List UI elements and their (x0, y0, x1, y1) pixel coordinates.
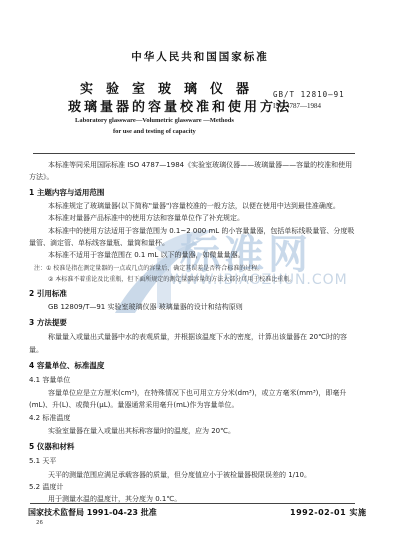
section-1-para1: 本标准规定了玻璃量器(以下简称"量器")容量校准的一般方法，以便在使用中达到最佳… (48, 201, 340, 211)
section-1-para3b: 量管、滴定管、单标线容量瓶、量筒和量杯。 (29, 238, 169, 248)
section-5-2-heading: 5.2 温度计 (29, 482, 63, 492)
section-3-para1a: 称量量入或量出式量器中水的表观质量，并根据该温度下水的密度，计算出该量器在 20… (48, 332, 347, 342)
section-2-heading: 2 引用标准 (29, 288, 67, 299)
section-4-1-heading: 4.1 容量单位 (29, 375, 70, 385)
implementation-date: 1992-02-01 实施 (290, 507, 366, 518)
english-title-line1: Laboratory glassware—Volumetric glasswar… (75, 117, 234, 124)
section-3-heading: 3 方法提要 (29, 317, 67, 328)
section-1-note2: ② 本标准不着重论及比重瓶，但下面所规定的测定量器容量的方法大部分可用于校准比重… (48, 274, 295, 283)
section-4-2-para1: 实验室量器在量入或量出其标称容量时的温度，应为 20℃。 (48, 426, 235, 436)
english-title-line2: for use and testing of capacity (113, 128, 196, 135)
section-5-1-para1: 天平的测量范围应满足承载容器的质量，但分度值应小于被检量器极限误差的 1/10。 (48, 470, 311, 480)
footer-divider (30, 503, 355, 504)
section-1-heading: 1 主题内容与适用范围 (29, 187, 104, 198)
section-1-para4: 本标准不适用于容量范围在 0.1 mL 以下的量器，如微量量器。 (48, 250, 245, 260)
section-5-1-heading: 5.1 天平 (29, 456, 56, 466)
section-1-note1: 注：① 校准是指在测定量器的一点或几点的容量后，确定其误差是否符合标准的过程。 (34, 263, 263, 272)
section-2-reference: GB 12809/T—91 实验室玻璃仪器 玻璃量器的设计和结构原则 (48, 302, 243, 312)
document-title-line2: 玻璃量器的容量校准和使用方法 (68, 96, 292, 115)
intro-line1: 本标准等同采用国际标准 ISO 4787—1984《实验室玻璃仪器——玻璃量器—… (48, 160, 352, 170)
section-4-heading: 4 容量单位、标准温度 (29, 360, 104, 371)
section-4-1-para1b: (mL)、升(L)、或微升(μL)。量器通常采用毫升(mL)作为容量单位。 (29, 400, 239, 410)
section-4-2-heading: 4.2 标准温度 (29, 413, 70, 423)
section-4-1-para1a: 容量单位应是立方厘米(cm³)，在特殊情况下也可用立方分米(dm³)，或立方毫米… (48, 388, 346, 398)
page-number: 26 (36, 520, 43, 526)
intro-line2: 方法》。 (29, 172, 54, 182)
header-divider (33, 153, 355, 154)
iso-code: ISO 4787—1984 (273, 102, 321, 110)
section-5-heading: 5 仪器和材料 (29, 441, 74, 452)
document-title-line1: 实验室玻璃仪器 (80, 78, 262, 97)
national-standard-heading: 中华人民共和国国家标准 (0, 49, 400, 64)
section-1-para2: 本标准对量器产品标准中的使用方法和容量单位作了补充规定。 (48, 213, 244, 223)
section-1-para3a: 本标准中的使用方法适用于容量范围为 0.1~2 000 mL 的小容量量器，包括… (48, 226, 354, 236)
standard-code: GB/T 12810—91 (273, 90, 345, 99)
approval-date: 国家技术监督局 1991-04-23 批准 (28, 507, 157, 518)
section-3-para1b: 量。 (29, 345, 43, 355)
